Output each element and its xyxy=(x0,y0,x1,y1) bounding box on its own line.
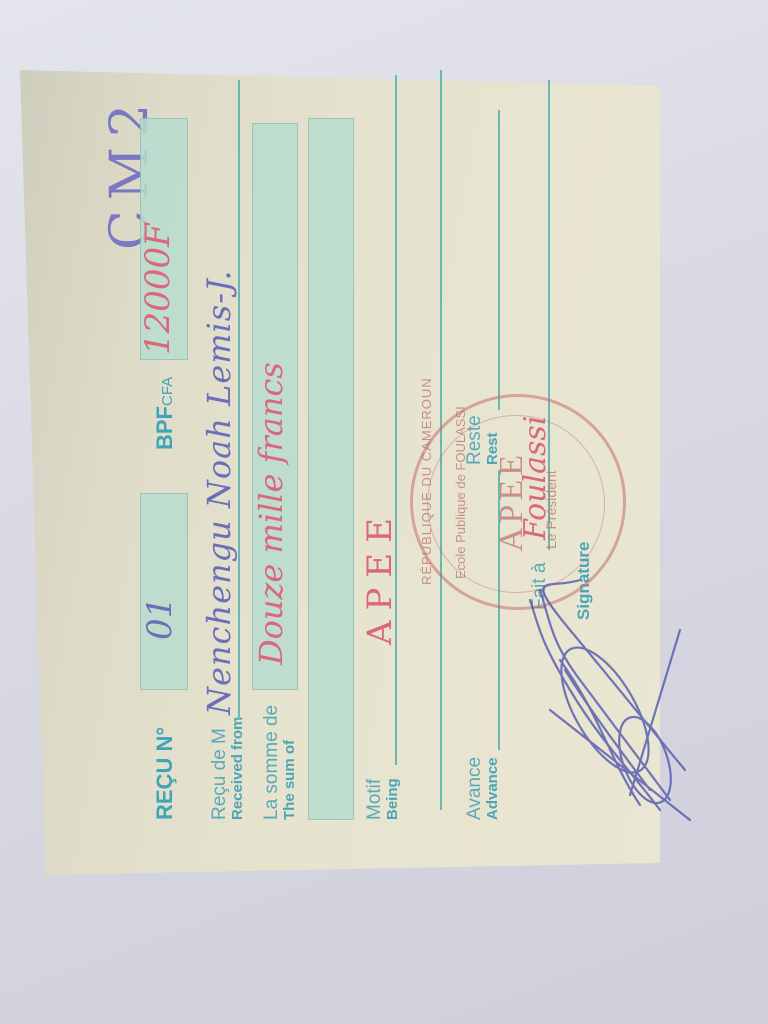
advance-label: Avance xyxy=(465,757,484,820)
currency-label: BPFCFA xyxy=(152,377,178,450)
receipt-title: REÇU N° xyxy=(152,727,178,820)
being-label: Motif xyxy=(365,779,384,820)
being-line xyxy=(395,75,397,765)
receipt-number-box xyxy=(140,493,188,690)
being-label-en: Being xyxy=(385,778,400,820)
currency-bpf: BPF xyxy=(152,406,177,450)
sum-of-label-en: The sum of xyxy=(282,740,297,820)
sum-of-box-2 xyxy=(308,118,354,820)
advance-label-en: Advance xyxy=(485,757,500,820)
receipt-number: 01 xyxy=(140,597,180,640)
stamp-inner-text: Ecole Publique de FOULASSI xyxy=(453,406,468,579)
received-from-value: Nenchengu Noah Lemis-J. xyxy=(200,269,238,715)
receipt: CM2 REÇU N° 01 BPFCFA 12000F Reçu de M R… xyxy=(40,70,660,850)
currency-cfa: CFA xyxy=(159,377,176,406)
amount-figures: 12000F xyxy=(138,223,178,355)
signature-scribble xyxy=(510,570,710,830)
received-from-label-en: Received from xyxy=(230,717,245,820)
stamp-outer-text: RÉPUBLIQUE DU CAMEROUN xyxy=(419,377,434,585)
sum-of-value: Douze mille francs xyxy=(252,362,290,665)
stamp-role-text: Le Président xyxy=(543,470,559,549)
rest-line xyxy=(498,110,500,410)
being-value: APEE xyxy=(360,508,400,645)
stamp-center-text: APEE xyxy=(493,451,531,552)
received-from-line xyxy=(238,80,240,720)
sum-of-label: La somme de xyxy=(262,705,281,820)
received-from-label: Reçu de M xyxy=(210,728,229,820)
